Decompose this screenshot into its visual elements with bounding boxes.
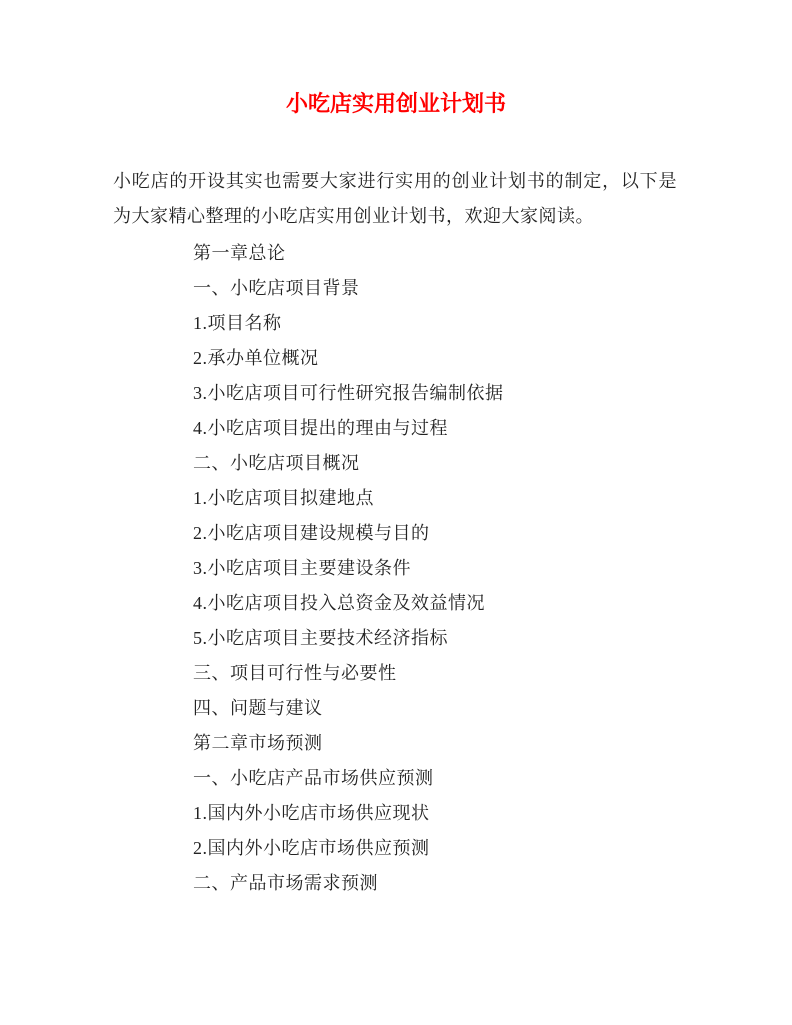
outline-line: 二、小吃店项目概况 bbox=[193, 446, 792, 481]
outline-line: 第一章总论 bbox=[193, 236, 792, 271]
outline-line: 一、小吃店项目背景 bbox=[193, 271, 792, 306]
outline-line: 第二章市场预测 bbox=[193, 726, 792, 761]
outline-line: 2.承办单位概况 bbox=[193, 341, 792, 376]
outline-line: 2.国内外小吃店市场供应预测 bbox=[193, 831, 792, 866]
outline-line: 4.小吃店项目提出的理由与过程 bbox=[193, 411, 792, 446]
outline-line: 1.项目名称 bbox=[193, 306, 792, 341]
outline-line: 3.小吃店项目可行性研究报告编制依据 bbox=[193, 376, 792, 411]
outline-list: 第一章总论 一、小吃店项目背景 1.项目名称 2.承办单位概况 3.小吃店项目可… bbox=[193, 236, 792, 901]
outline-line: 4.小吃店项目投入总资金及效益情况 bbox=[193, 586, 792, 621]
outline-line: 二、产品市场需求预测 bbox=[193, 866, 792, 901]
outline-line: 5.小吃店项目主要技术经济指标 bbox=[193, 621, 792, 656]
outline-line: 1.国内外小吃店市场供应现状 bbox=[193, 796, 792, 831]
outline-line: 四、问题与建议 bbox=[193, 691, 792, 726]
outline-line: 一、小吃店产品市场供应预测 bbox=[193, 761, 792, 796]
outline-line: 2.小吃店项目建设规模与目的 bbox=[193, 516, 792, 551]
outline-line: 3.小吃店项目主要建设条件 bbox=[193, 551, 792, 586]
outline-line: 1.小吃店项目拟建地点 bbox=[193, 481, 792, 516]
intro-paragraph: 小吃店的开设其实也需要大家进行实用的创业计划书的制定，以下是为大家精心整理的小吃… bbox=[113, 164, 677, 234]
document-title: 小吃店实用创业计划书 bbox=[0, 90, 792, 118]
document-page: 小吃店实用创业计划书 小吃店的开设其实也需要大家进行实用的创业计划书的制定，以下… bbox=[0, 0, 792, 1025]
outline-line: 三、项目可行性与必要性 bbox=[193, 656, 792, 691]
